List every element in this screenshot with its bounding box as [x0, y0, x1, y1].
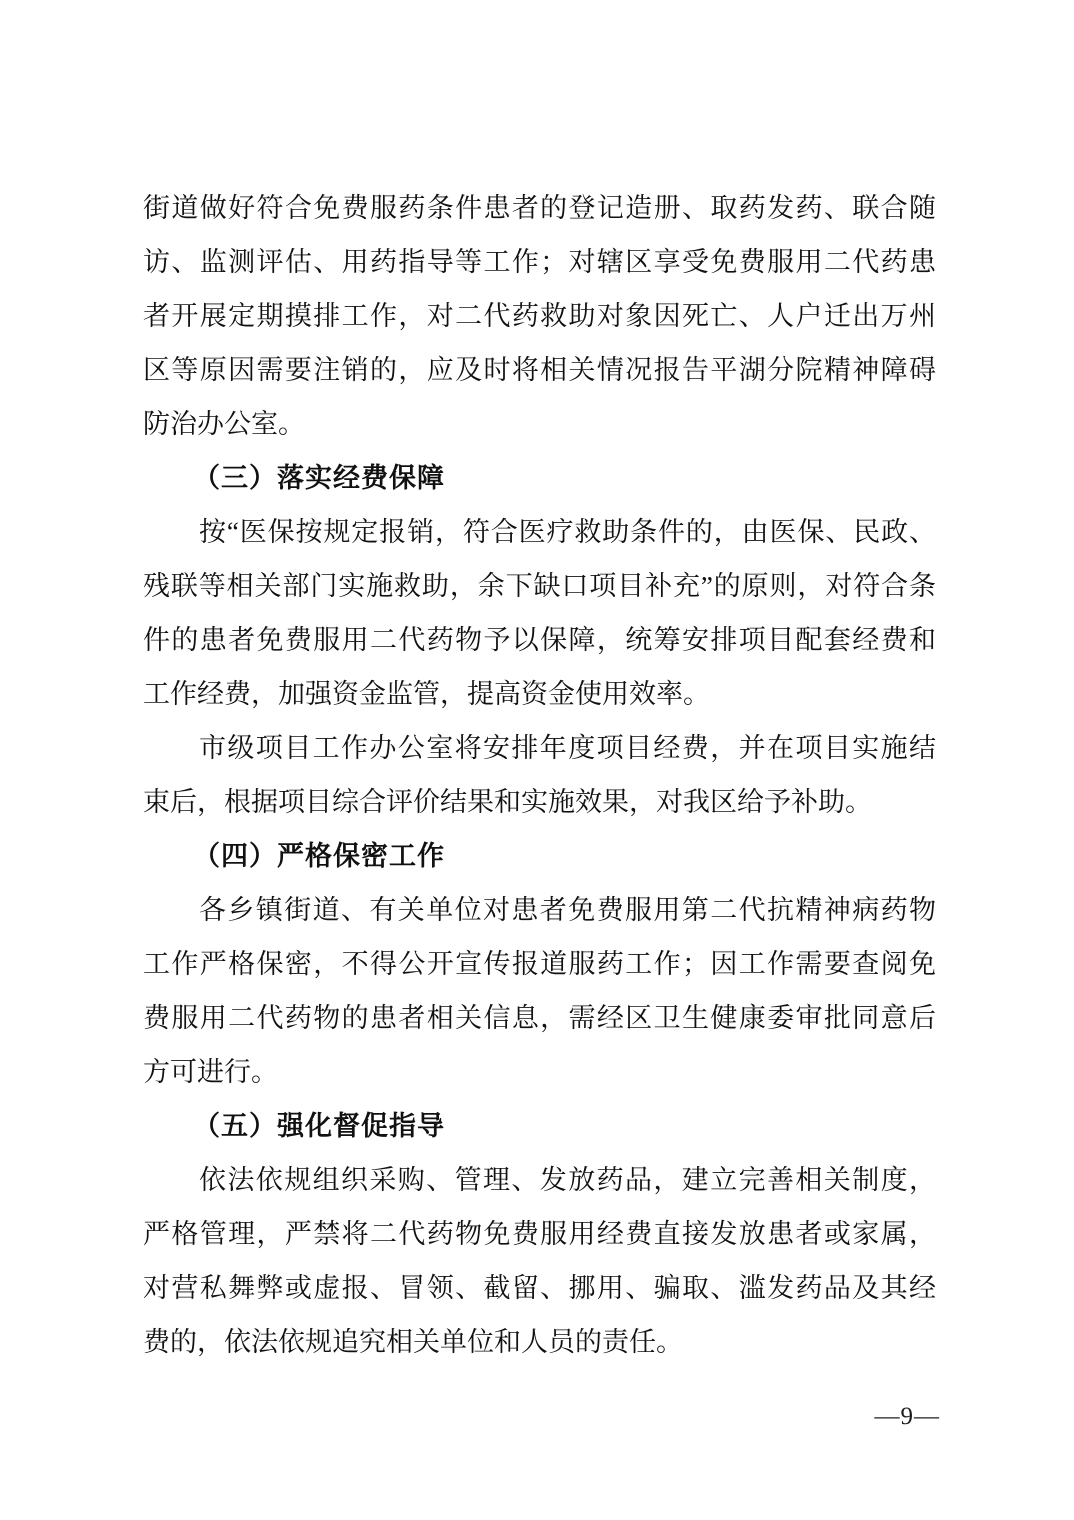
body-line: 方可进行。	[143, 1045, 936, 1099]
body-line: 市级项目工作办公室将安排年度项目经费，并在项目实施结	[143, 721, 936, 775]
body-line: 按“医保按规定报销，符合医疗救助条件的，由医保、民政、	[143, 505, 936, 559]
document-body: 街道做好符合免费服药条件患者的登记造册、取药发药、联合随 访、监测评估、用药指导…	[143, 181, 936, 1369]
body-line: 费服用二代药物的患者相关信息，需经区卫生健康委审批同意后	[143, 991, 936, 1045]
body-line: 严格管理，严禁将二代药物免费服用经费直接发放患者或家属，	[143, 1207, 936, 1261]
page-number: —9—	[875, 1400, 941, 1434]
body-line: 者开展定期摸排工作，对二代药救助对象因死亡、人户迁出万州	[143, 289, 936, 343]
body-line: 区等原因需要注销的，应及时将相关情况报告平湖分院精神障碍	[143, 343, 936, 397]
section-heading-4: （四）严格保密工作	[143, 829, 936, 883]
body-line: 访、监测评估、用药指导等工作；对辖区享受免费服用二代药患	[143, 235, 936, 289]
section-heading-5: （五）强化督促指导	[143, 1099, 936, 1153]
body-line: 各乡镇街道、有关单位对患者免费服用第二代抗精神病药物	[143, 883, 936, 937]
body-line: 件的患者免费服用二代药物予以保障，统筹安排项目配套经费和	[143, 613, 936, 667]
body-line: 费的，依法依规追究相关单位和人员的责任。	[143, 1315, 936, 1369]
body-line: 工作严格保密，不得公开宣传报道服药工作；因工作需要查阅免	[143, 937, 936, 991]
body-line: 防治办公室。	[143, 397, 936, 451]
body-line: 残联等相关部门实施救助，余下缺口项目补充”的原则，对符合条	[143, 559, 936, 613]
section-heading-3: （三）落实经费保障	[143, 451, 936, 505]
body-line: 工作经费，加强资金监管，提高资金使用效率。	[143, 667, 936, 721]
body-line: 街道做好符合免费服药条件患者的登记造册、取药发药、联合随	[143, 181, 936, 235]
body-line: 对营私舞弊或虚报、冒领、截留、挪用、骗取、滥发药品及其经	[143, 1261, 936, 1315]
body-line: 依法依规组织采购、管理、发放药品，建立完善相关制度，	[143, 1153, 936, 1207]
body-line: 束后，根据项目综合评价结果和实施效果，对我区给予补助。	[143, 775, 936, 829]
document-page: 街道做好符合免费服药条件患者的登记造册、取药发药、联合随 访、监测评估、用药指导…	[0, 0, 1074, 1520]
